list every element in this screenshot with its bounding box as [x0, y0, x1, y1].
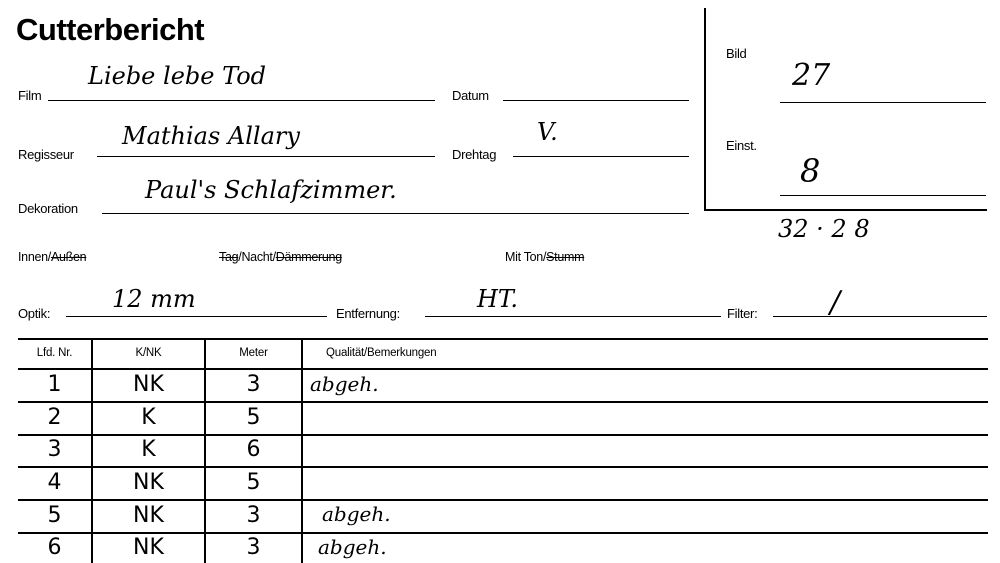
optik-value[interactable]: 12 mm: [112, 285, 196, 313]
cell-nr[interactable]: 3: [18, 437, 91, 462]
bild-label: Bild: [726, 46, 746, 61]
film-underline: [48, 100, 435, 101]
filter-underline: [773, 316, 987, 317]
einst-underline: [780, 195, 986, 196]
cell-nr[interactable]: 1: [18, 372, 91, 397]
cell-meter[interactable]: 3: [206, 535, 301, 560]
filter-label: Filter:: [727, 306, 757, 321]
cell-k-nk[interactable]: K: [93, 405, 204, 430]
form-title: Cutterbericht: [16, 12, 204, 48]
datum-label: Datum: [452, 88, 489, 103]
innen-option: Innen/: [18, 250, 51, 264]
table-row-line: [18, 434, 988, 436]
table-row-line: [18, 499, 988, 501]
cell-k-nk[interactable]: NK: [93, 535, 204, 560]
daemmerung-option-struck: Dämmerung: [276, 250, 342, 264]
dekoration-value[interactable]: Paul's Schlafzimmer.: [145, 176, 397, 204]
drehtag-underline: [513, 156, 689, 157]
table-row-line: [18, 401, 988, 403]
cell-meter[interactable]: 3: [206, 372, 301, 397]
table-top-line: [18, 338, 988, 340]
tag-option-struck: Tag: [219, 250, 238, 264]
filter-value[interactable]: /: [830, 285, 840, 320]
cell-meter[interactable]: 5: [206, 405, 301, 430]
innen-aussen-option[interactable]: Innen/Außen: [18, 250, 86, 264]
cell-nr[interactable]: 4: [18, 470, 91, 495]
einst-value[interactable]: 8: [800, 152, 820, 190]
extra-note: 32 · 2 8: [778, 215, 870, 243]
col-header-bemerkungen: Qualität/Bemerkungen: [326, 347, 436, 359]
cell-note[interactable]: abgeh.: [318, 535, 387, 559]
col-header-meter: Meter: [206, 347, 301, 359]
tag-nacht-option[interactable]: Tag/Nacht/Dämmerung: [219, 250, 342, 264]
cell-k-nk[interactable]: NK: [93, 372, 204, 397]
entfernung-value[interactable]: HT.: [477, 285, 518, 313]
entfernung-underline: [425, 316, 721, 317]
film-value[interactable]: Liebe lebe Tod: [88, 62, 266, 90]
dekoration-underline: [102, 213, 689, 214]
regisseur-underline: [97, 156, 435, 157]
optik-underline: [66, 316, 327, 317]
regisseur-value[interactable]: Mathias Allary: [122, 122, 300, 150]
col-header-lfd-nr: Lfd. Nr.: [18, 347, 91, 359]
table-header-line: [18, 368, 988, 370]
col-header-k-nk: K/NK: [93, 347, 204, 359]
table-row-line: [18, 532, 988, 534]
box-bottom-border: [704, 209, 987, 211]
cell-nr[interactable]: 6: [18, 535, 91, 560]
film-label: Film: [18, 88, 41, 103]
datum-underline: [503, 100, 689, 101]
optik-label: Optik:: [18, 306, 50, 321]
regisseur-label: Regisseur: [18, 147, 74, 162]
bild-underline: [780, 102, 986, 103]
aussen-option-struck: Außen: [51, 250, 86, 264]
ton-option[interactable]: Mit Ton/Stumm: [505, 250, 584, 264]
cell-meter[interactable]: 3: [206, 503, 301, 528]
box-left-border: [704, 8, 706, 211]
drehtag-value[interactable]: V.: [537, 118, 558, 146]
cell-meter[interactable]: 6: [206, 437, 301, 462]
entfernung-label: Entfernung:: [336, 306, 400, 321]
einst-label: Einst.: [726, 138, 757, 153]
cell-k-nk[interactable]: K: [93, 437, 204, 462]
cell-note[interactable]: abgeh.: [310, 372, 379, 396]
cell-meter[interactable]: 5: [206, 470, 301, 495]
cell-k-nk[interactable]: NK: [93, 470, 204, 495]
table-col-line: [301, 338, 303, 563]
cell-k-nk[interactable]: NK: [93, 503, 204, 528]
dekoration-label: Dekoration: [18, 201, 78, 216]
bild-value[interactable]: 27: [792, 58, 830, 93]
table-row-line: [18, 466, 988, 468]
nacht-option: /Nacht/: [238, 250, 276, 264]
drehtag-label: Drehtag: [452, 147, 496, 162]
stumm-option-struck: Stumm: [546, 250, 584, 264]
cell-nr[interactable]: 2: [18, 405, 91, 430]
cell-nr[interactable]: 5: [18, 503, 91, 528]
mit-ton-option: Mit Ton/: [505, 250, 546, 264]
cell-note[interactable]: abgeh.: [322, 502, 391, 526]
